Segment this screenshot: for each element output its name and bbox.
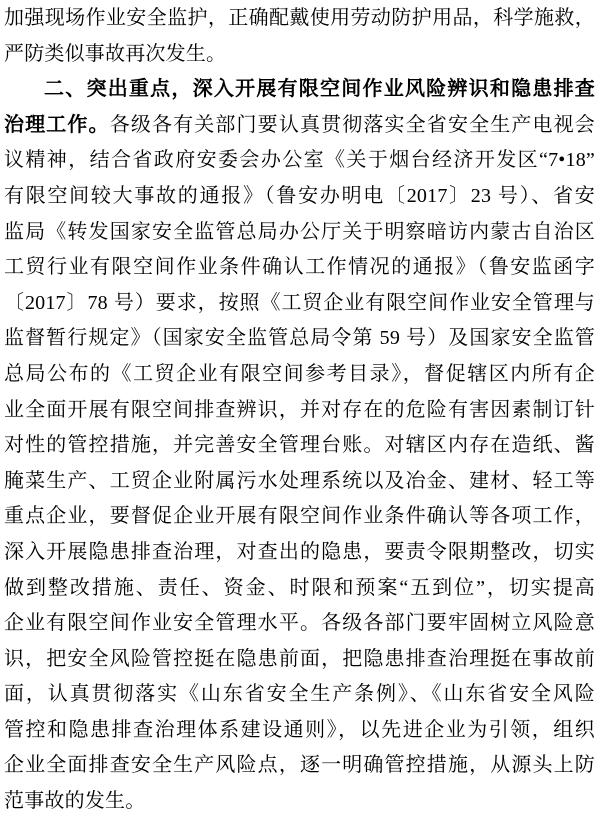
section-heading: 治理工作。 — [4, 114, 110, 136]
body-segment: 各级各有关部门要认真贯彻落实全省安全生产电视会 — [110, 114, 595, 136]
body-segment: 对性的管控措施，并完善安全管理台账。对辖区内存在造纸、酱 — [4, 434, 595, 456]
text-line: 工贸行业有限空间作业条件确认工作情况的通报》（鲁安监函字 — [4, 250, 595, 286]
text-line: 业全面开展有限空间排查辨识，并对存在的危险有害因素制订针 — [4, 393, 595, 429]
body-segment: 重点企业，要督促企业开展有限空间作业条件确认等各项工作， — [4, 505, 595, 527]
text-line: 腌菜生产、工贸企业附属污水处理系统以及冶金、建材、轻工等 — [4, 464, 595, 500]
body-segment: 管控和隐患排查治理体系建设通则》，以先进企业为引领，组织 — [4, 719, 595, 741]
document-page: 加强现场作业安全监护，正确配戴使用劳动防护用品，科学施救， 严防类似事故再次发生… — [0, 0, 600, 819]
text-line: 监局《转发国家安全监管总局办公厅关于明察暗访内蒙古自治区 — [4, 215, 595, 251]
body-segment: 业全面开展有限空间排查辨识，并对存在的危险有害因素制订针 — [4, 399, 595, 421]
text-line: 有限空间较大事故的通报》（鲁安办明电〔2017〕23 号）、省安 — [4, 179, 595, 215]
body-segment: 严防类似事故再次发生。 — [4, 43, 226, 65]
text-line: 做到整改措施、责任、资金、时限和预案“五到位”，切实提高 — [4, 571, 595, 607]
text-line: 面，认真贯彻落实《山东省安全生产条例》、《山东省安全风险 — [4, 677, 595, 713]
section-heading: 二、突出重点，深入开展有限空间作业风险辨识和隐患排查 — [44, 78, 595, 100]
text-line: 企业有限空间作业安全管理水平。各级各部门要牢固树立风险意 — [4, 606, 595, 642]
body-segment: 工贸行业有限空间作业条件确认工作情况的通报》（鲁安监函字 — [4, 256, 595, 278]
text-line: 监督暂行规定》（国家安全监管总局令第 59 号）及国家安全监管 — [4, 321, 595, 357]
text-line: 对性的管控措施，并完善安全管理台账。对辖区内存在造纸、酱 — [4, 428, 595, 464]
body-segment: 〔2017〕78 号）要求，按照《工贸企业有限空间作业安全管理与 — [4, 292, 595, 314]
text-line: 加强现场作业安全监护，正确配戴使用劳动防护用品，科学施救， — [4, 1, 595, 37]
body-segment: 加强现场作业安全监护，正确配戴使用劳动防护用品，科学施救， — [4, 7, 595, 29]
text-line: 识，把安全风险管控挺在隐患前面，把隐患排查治理挺在事故前 — [4, 642, 595, 678]
text-line: 严防类似事故再次发生。 — [4, 37, 595, 73]
text-line: 议精神，结合省政府安委会办公室《关于烟台经济开发区“7•18” — [4, 143, 595, 179]
body-segment: 做到整改措施、责任、资金、时限和预案“五到位”，切实提高 — [4, 577, 595, 599]
text-line: 〔2017〕78 号）要求，按照《工贸企业有限空间作业安全管理与 — [4, 286, 595, 322]
text-line: 深入开展隐患排查治理，对查出的隐患，要责令限期整改，切实 — [4, 535, 595, 571]
body-segment: 总局公布的《工贸企业有限空间参考目录》，督促辖区内所有企 — [4, 363, 595, 385]
body-segment: 监督暂行规定》（国家安全监管总局令第 59 号）及国家安全监管 — [4, 327, 595, 349]
text-line: 范事故的发生。 — [4, 784, 595, 819]
body-segment: 企业全面排查安全生产风险点，逐一明确管控措施，从源头上防 — [4, 754, 595, 776]
body-segment: 深入开展隐患排查治理，对查出的隐患，要责令限期整改，切实 — [4, 541, 595, 563]
body-segment: 腌菜生产、工贸企业附属污水处理系统以及冶金、建材、轻工等 — [4, 470, 595, 492]
text-line: 治理工作。各级各有关部门要认真贯彻落实全省安全生产电视会 — [4, 108, 595, 144]
body-segment: 面，认真贯彻落实《山东省安全生产条例》、《山东省安全风险 — [4, 683, 595, 705]
text-line: 管控和隐患排查治理体系建设通则》，以先进企业为引领，组织 — [4, 713, 595, 749]
text-line: 重点企业，要督促企业开展有限空间作业条件确认等各项工作， — [4, 499, 595, 535]
body-segment: 有限空间较大事故的通报》（鲁安办明电〔2017〕23 号）、省安 — [4, 185, 595, 207]
body-segment: 识，把安全风险管控挺在隐患前面，把隐患排查治理挺在事故前 — [4, 648, 595, 670]
body-segment: 企业有限空间作业安全管理水平。各级各部门要牢固树立风险意 — [4, 612, 595, 634]
text-line: 总局公布的《工贸企业有限空间参考目录》，督促辖区内所有企 — [4, 357, 595, 393]
text-line: 企业全面排查安全生产风险点，逐一明确管控措施，从源头上防 — [4, 748, 595, 784]
body-segment: 议精神，结合省政府安委会办公室《关于烟台经济开发区“7•18” — [4, 149, 595, 171]
text-line: 二、突出重点，深入开展有限空间作业风险辨识和隐患排查 — [4, 72, 595, 108]
body-segment: 范事故的发生。 — [4, 790, 145, 812]
body-segment: 监局《转发国家安全监管总局办公厅关于明察暗访内蒙古自治区 — [4, 221, 595, 243]
